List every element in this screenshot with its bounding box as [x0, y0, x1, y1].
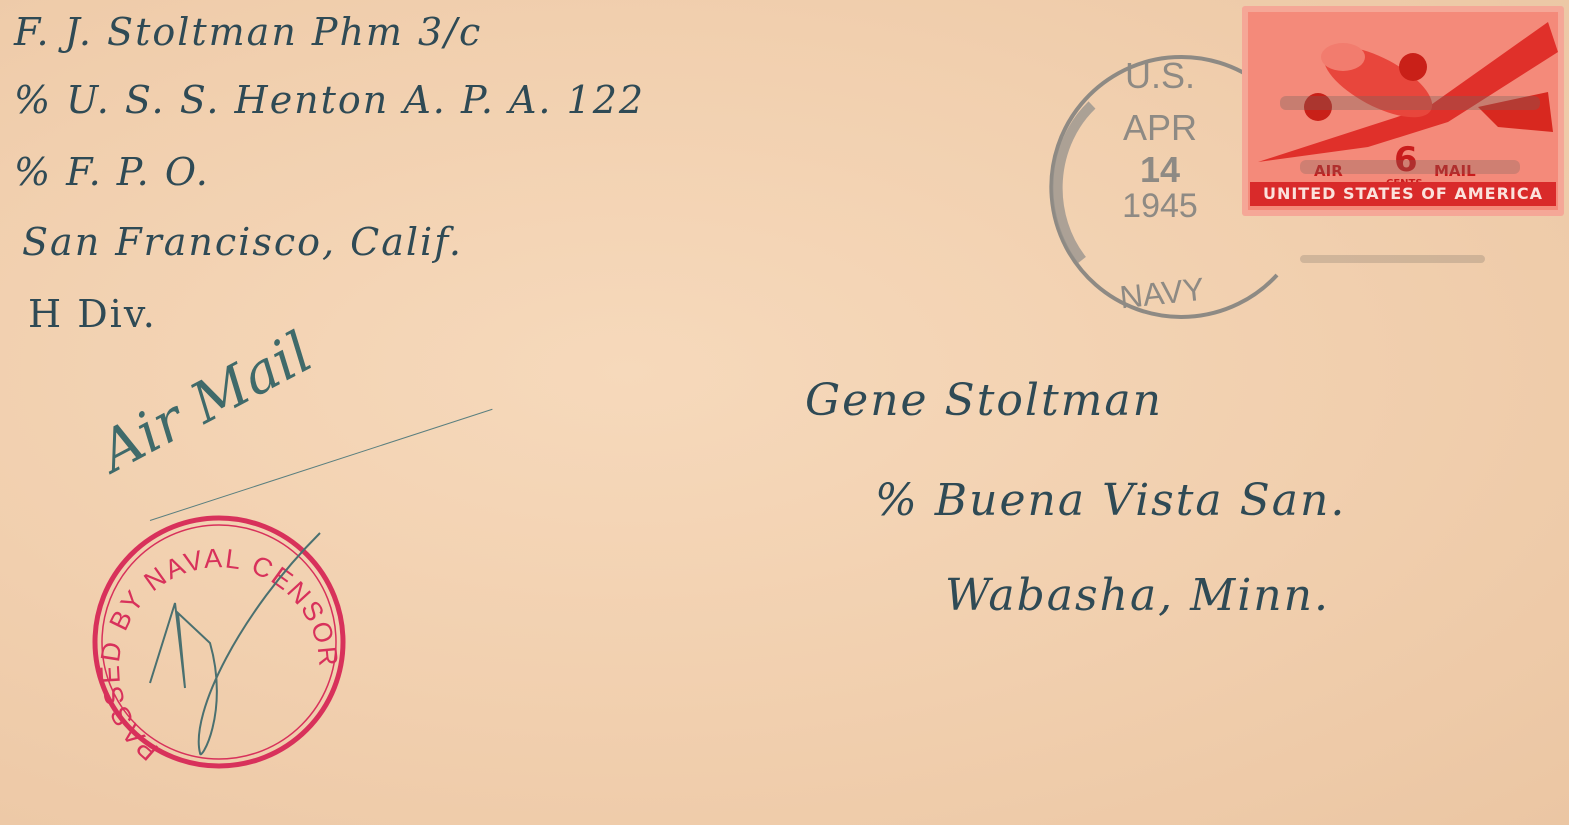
cancel-bar-1 — [1280, 96, 1540, 110]
return-line-fpo: % F. P. O. — [14, 150, 210, 194]
censor-circle-icon: PASSED BY NAVAL CENSOR — [90, 513, 348, 771]
postmark-year: 1945 — [1110, 187, 1210, 226]
recipient-city: Wabasha, Minn. — [945, 570, 1330, 621]
postmark-day: 14 — [1110, 149, 1210, 191]
postmark-top: U.S. — [1110, 55, 1210, 97]
stamp-country: UNITED STATES OF AMERICA — [1250, 182, 1556, 206]
airmail-stamp: AIR 6 CENTS MAIL UNITED STATES OF AMERIC… — [1240, 4, 1566, 218]
recipient-care-of: % Buena Vista San. — [875, 475, 1346, 526]
return-line-city: San Francisco, Calif. — [22, 220, 463, 264]
stamp-face: AIR 6 CENTS MAIL UNITED STATES OF AMERIC… — [1248, 12, 1558, 210]
naval-censor-stamp: PASSED BY NAVAL CENSOR PASSED BY NAVAL C… — [90, 513, 348, 771]
postmark-month: APR — [1110, 107, 1210, 149]
recipient-name: Gene Stoltman — [805, 375, 1163, 426]
airmail-handwritten: Air Mail — [89, 320, 322, 485]
return-line-sender: F. J. Stoltman Phm 3/c — [14, 10, 482, 54]
return-line-division: H Div. — [28, 292, 157, 336]
cancel-bar-2 — [1300, 160, 1520, 174]
envelope: F. J. Stoltman Phm 3/c % U. S. S. Henton… — [0, 0, 1569, 825]
cancel-bar-3 — [1300, 255, 1485, 263]
return-line-ship: % U. S. S. Henton A. P. A. 122 — [14, 78, 645, 122]
